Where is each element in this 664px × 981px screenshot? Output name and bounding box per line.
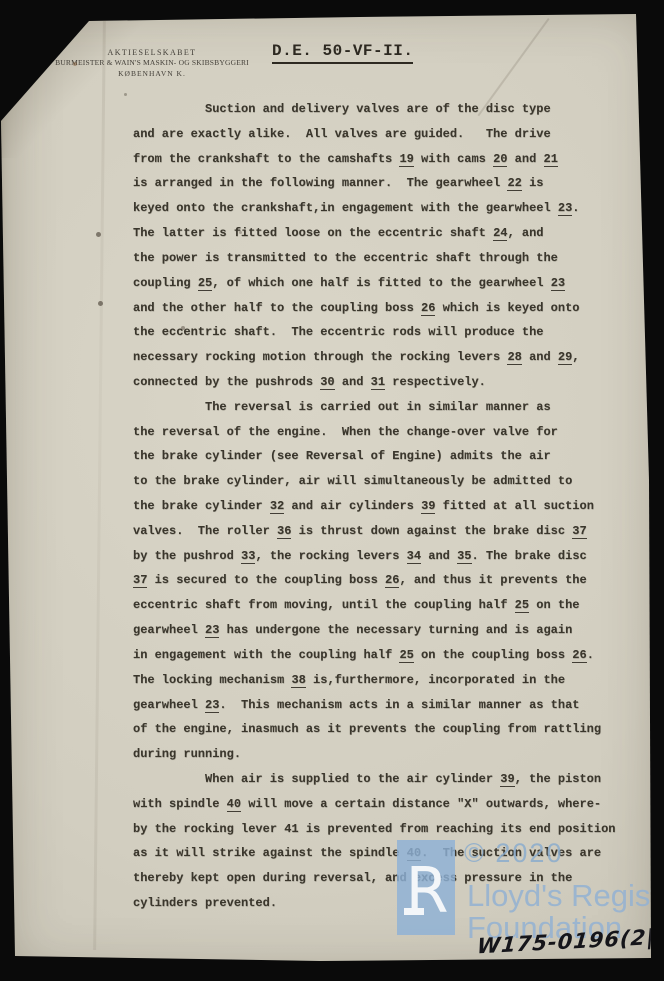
document-page: AKTIESELSKABET BURMEISTER & WAIN'S MASKI… xyxy=(0,0,664,981)
paper-edge-shadow xyxy=(0,0,664,981)
scan-background: AKTIESELSKABET BURMEISTER & WAIN'S MASKI… xyxy=(0,0,664,981)
